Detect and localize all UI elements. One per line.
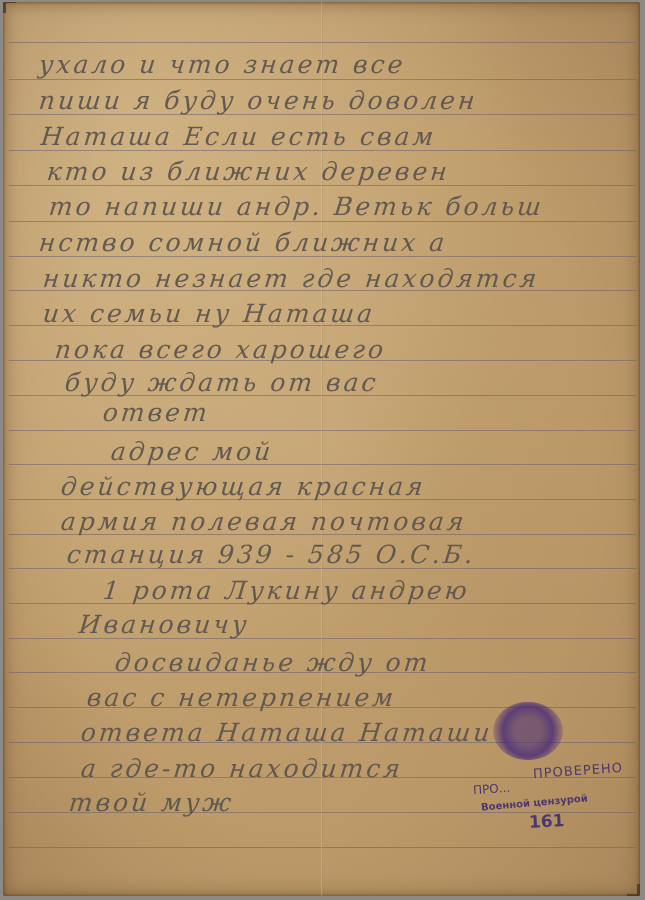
stamp-text-censorship: Военной цензурой [481, 793, 588, 813]
handwritten-line: действующая красная [59, 472, 427, 501]
letter-sheet: ухало и что знает все пиши я буду очень … [3, 2, 640, 896]
corner-wear [627, 884, 640, 896]
stamp-text-partial: ПРО... [473, 781, 511, 798]
handwritten-line: твой муж [67, 788, 235, 817]
handwritten-line: пиши я буду очень доволен [37, 86, 479, 115]
handwritten-line: армия полевая почтовая [59, 507, 468, 536]
handwritten-line: Ивановичу [77, 610, 251, 639]
handwritten-line: вас с нетерпением [85, 683, 397, 712]
corner-wear [3, 2, 16, 13]
handwritten-line: их семьи ну Наташа [41, 299, 376, 328]
handwritten-line: нство сомной ближних а [37, 228, 448, 257]
censor-stamp-seal [493, 702, 563, 760]
handwritten-line: 1 рота Лукину андрею [101, 576, 471, 605]
handwritten-line: досвиданье жду от [113, 648, 432, 677]
stamp-text-checked: ПРОВЕРЕНО [533, 761, 624, 782]
handwritten-line: кто из ближних деревен [45, 157, 451, 186]
handwritten-line: Наташа Если есть свам [39, 122, 437, 151]
handwritten-line: адрес мой [109, 437, 274, 466]
handwritten-line: то напиши андр. Ветьк больш [47, 192, 545, 221]
handwritten-line: ответ [101, 398, 211, 427]
handwritten-line: буду ждать от вас [63, 368, 380, 397]
handwritten-line: никто незнает где находятся [41, 264, 540, 293]
handwritten-line: пока всего харошего [53, 335, 387, 364]
handwritten-line: а где-то находится [79, 754, 404, 783]
handwritten-line: ответа Наташа Наташи [79, 718, 494, 747]
handwritten-line: ухало и что знает все [37, 50, 407, 79]
handwritten-line: станция 939 - 585 О.С.Б. [65, 540, 477, 569]
stamp-number: 161 [529, 811, 565, 833]
